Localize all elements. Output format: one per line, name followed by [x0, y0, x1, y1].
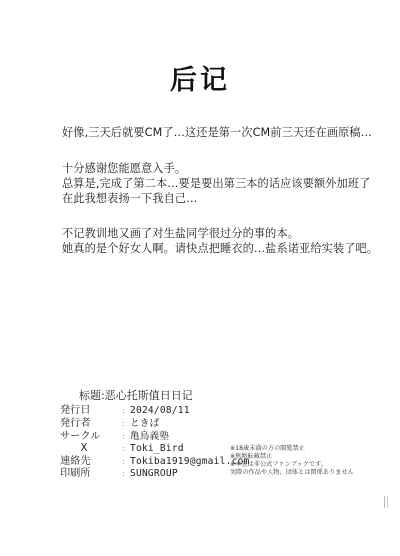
- paragraph-2-line-3: 在此我想表扬一下我自己…: [62, 191, 197, 206]
- colophon-key: 発行日: [60, 405, 122, 417]
- colophon-key: 連絡先: [60, 456, 122, 468]
- colophon-value: 2024/08/11: [130, 405, 190, 416]
- note-no-reprint: ※無断転載禁止: [230, 453, 272, 461]
- colophon-value: 亀鳥義塾: [130, 431, 169, 442]
- paragraph-1-line-1: 好像,三天后就要CM了…这还是第一次CM前三天还在画原稿…: [62, 125, 372, 140]
- colophon-key: 印刷所: [60, 468, 122, 480]
- colophon-row-printer: 印刷所:SUNGROUP: [60, 468, 178, 480]
- paragraph-2-line-1: 十分感谢您能愿意入手。: [62, 161, 186, 176]
- note-age-restriction: ※18歳未満の方の閲覧禁止: [230, 445, 305, 453]
- paragraph-2-line-2: 总算是,完成了第二本…要是要出第三本的话应该要额外加班了: [62, 176, 370, 191]
- page-title: 后记: [0, 58, 400, 97]
- note-disclaimer: 実際の作品や人物、団体とは関係ありません: [230, 469, 354, 477]
- colophon-row-contact: 連絡先:Tokiba1919@gmail.com: [60, 456, 250, 468]
- separator: :: [122, 405, 130, 417]
- colophon-value: Toki_Bird: [130, 443, 184, 454]
- colophon-row-x-account: X:Toki_Bird: [60, 443, 184, 455]
- colophon-row-circle: サークル:亀鳥義塾: [60, 431, 169, 443]
- colophon-key: サークル: [60, 431, 122, 443]
- separator: :: [122, 418, 130, 430]
- separator: :: [122, 431, 130, 443]
- colophon-value: SUNGROUP: [130, 468, 178, 479]
- colophon-key: X: [60, 443, 108, 455]
- separator: :: [122, 456, 130, 468]
- note-unofficial: ※本書は非公式ファンブックです。: [230, 461, 327, 469]
- separator: :: [122, 468, 130, 480]
- paragraph-3-line-2: 她真的是个好女人啊。请快点把睡衣的…盐系诺亚给实装了吧。: [62, 241, 378, 256]
- paragraph-3-line-1: 不记教训地又画了对生盐同学很过分的事的本。: [62, 226, 299, 241]
- colophon-title: 标题:恶心托斯值日日记: [79, 387, 193, 403]
- colophon-row-publisher: 発行者:ときば: [60, 418, 159, 430]
- page-edge-mark: [384, 496, 388, 508]
- colophon-row-issue-date: 発行日:2024/08/11: [60, 405, 190, 417]
- separator: :: [122, 443, 130, 455]
- colophon-key: 発行者: [60, 418, 122, 430]
- colophon-value: ときば: [130, 418, 159, 429]
